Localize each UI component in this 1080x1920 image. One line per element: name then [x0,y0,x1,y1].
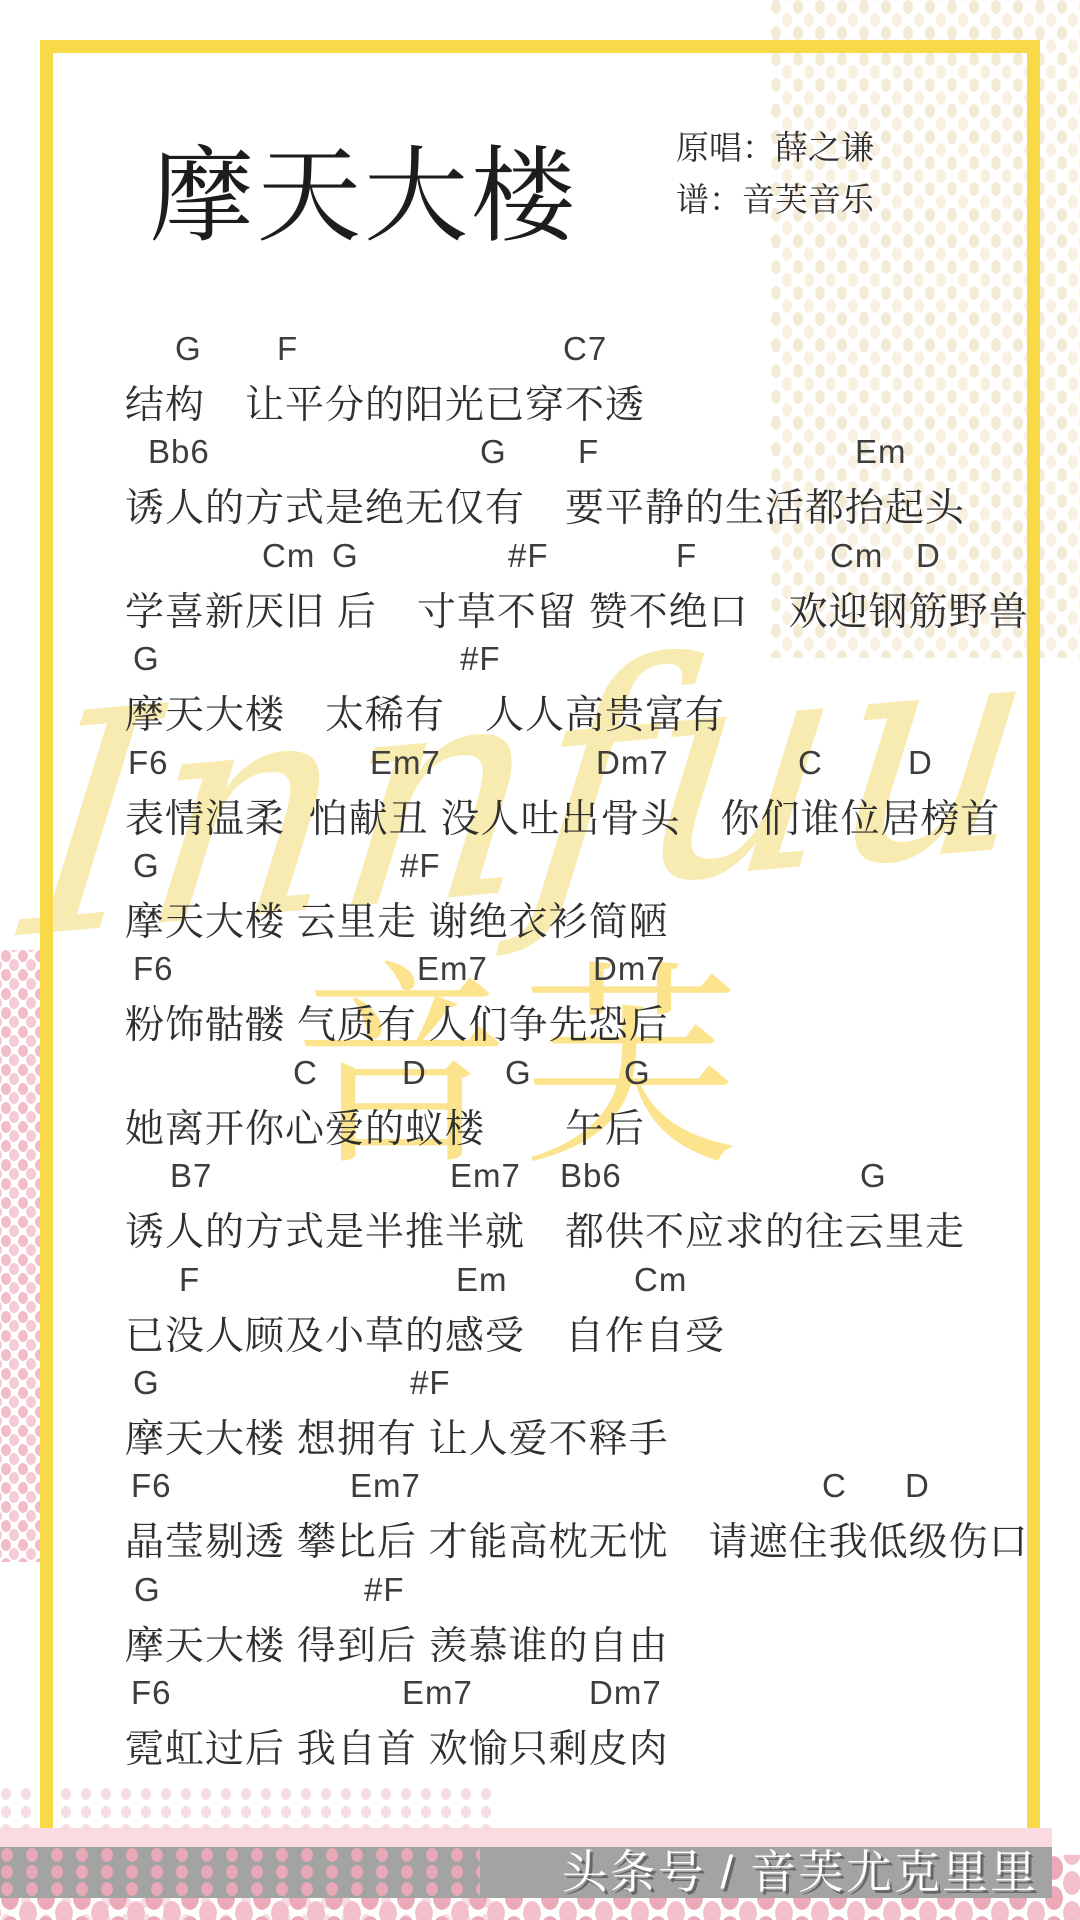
chord-label: G [624,1054,651,1092]
chord-label: Bb6 [560,1157,622,1195]
chord-line: G#F [0,1571,1080,1615]
chord-label: Em [855,433,907,471]
chord-label: #F [410,1364,451,1402]
chord-lyric-block: CDGG她离开你心爱的蚁楼 午后 [0,1054,1080,1154]
chord-label: F6 [131,1467,172,1505]
chord-label: Dm7 [596,744,669,782]
chord-label: F [277,330,298,368]
chord-label: D [908,744,933,782]
chord-lyric-block: F6Em7Dm7粉饰骷髅 气质有 人们争先恐后 [0,950,1080,1050]
chord-label: F [179,1261,200,1299]
chord-label: G [133,1364,160,1402]
chord-line: G#F [0,1364,1080,1408]
chord-label: G [175,330,202,368]
chord-label: Cm [634,1261,687,1299]
chord-line: F6Em7Dm7 [0,1674,1080,1718]
chord-label: Cm [262,537,315,575]
chord-line: G#F [0,847,1080,891]
chord-label: Em7 [450,1157,521,1195]
chord-lyric-block: Bb6GFEm诱人的方式是绝无仅有 要平静的生活都抬起头 [0,433,1080,533]
chord-label: D [916,537,941,575]
chord-lyric-block: F6Em7Dm7霓虹过后 我自首 欢愉只剩皮肉 [0,1674,1080,1774]
chord-label: D [905,1467,930,1505]
chord-lyric-block: G#F摩天大楼 想拥有 让人爱不释手 [0,1364,1080,1464]
chord-line: CmG#FFCmD [0,537,1080,581]
chord-lyric-block: G#F摩天大楼 得到后 羡慕谁的自由 [0,1571,1080,1671]
chord-label: F6 [128,744,169,782]
chord-lyric-block: F6Em7CD晶莹剔透 攀比后 才能高枕无忧 请遮住我低级伤口 [0,1467,1080,1567]
lyric-line: 表情温柔 怕献丑 没人吐出骨头 你们谁位居榜首 [125,788,1065,844]
lyric-line: 摩天大楼 得到后 羡慕谁的自由 [125,1615,1065,1671]
lyric-line: 摩天大楼 想拥有 让人爱不释手 [125,1408,1065,1464]
chord-lyric-block: G#F摩天大楼 太稀有 人人高贵富有 [0,640,1080,740]
lyric-line: 霓虹过后 我自首 欢愉只剩皮肉 [125,1718,1065,1774]
chord-line: F6Em7CD [0,1467,1080,1511]
chord-lyric-block: FEmCm已没人顾及小草的感受 自作自受 [0,1261,1080,1361]
lyric-line: 学喜新厌旧 后 寸草不留 赞不绝口 欢迎钢筋野兽 [125,581,1065,637]
chord-label: Bb6 [148,433,210,471]
chord-line: B7Em7Bb6G [0,1157,1080,1201]
chord-label: #F [508,537,549,575]
chord-label: F6 [131,1674,172,1712]
footer-channel-label: 头条号 / 音芙尤克里里 [562,1845,1038,1899]
chord-label: Em7 [370,744,441,782]
chord-label: C [293,1054,318,1092]
chord-label: Em7 [350,1467,421,1505]
lyric-line: 结构 让平分的阳光已穿不透 [125,374,1065,430]
chord-label: Em7 [417,950,488,988]
chord-lyric-block: G#F摩天大楼 云里走 谢绝衣衫简陋 [0,847,1080,947]
chord-label: #F [400,847,441,885]
chord-lyric-block: F6Em7Dm7CD表情温柔 怕献丑 没人吐出骨头 你们谁位居榜首 [0,744,1080,844]
chord-label: Em7 [402,1674,473,1712]
chord-label: G [505,1054,532,1092]
chord-label: F [578,433,599,471]
chord-label: C7 [563,330,607,368]
chord-label: G [133,640,160,678]
chord-label: #F [460,640,501,678]
lyric-line: 诱人的方式是绝无仅有 要平静的生活都抬起头 [125,477,1065,533]
chord-label: C [798,744,823,782]
chord-label: G [860,1157,887,1195]
chord-label: Dm7 [589,1674,662,1712]
chord-line: CDGG [0,1054,1080,1098]
song-body: GFC7结构 让平分的阳光已穿不透Bb6GFEm诱人的方式是绝无仅有 要平静的生… [0,0,1080,1920]
chord-lyric-block: CmG#FFCmD学喜新厌旧 后 寸草不留 赞不绝口 欢迎钢筋野兽 [0,537,1080,637]
chord-label: G [480,433,507,471]
lyric-line: 摩天大楼 太稀有 人人高贵富有 [125,684,1065,740]
chord-line: Bb6GFEm [0,433,1080,477]
chord-line: GFC7 [0,330,1080,374]
lyric-line: 摩天大楼 云里走 谢绝衣衫简陋 [125,891,1065,947]
chord-label: Cm [830,537,883,575]
chord-line: G#F [0,640,1080,684]
lyric-line: 已没人顾及小草的感受 自作自受 [125,1305,1065,1361]
chord-label: G [134,1571,161,1609]
lyric-line: 晶莹剔透 攀比后 才能高枕无忧 请遮住我低级伤口 [125,1511,1065,1567]
chord-label: G [133,847,160,885]
chord-label: F [676,537,697,575]
chord-sheet-page: Innfuu 音芙 摩天大楼 原唱：薛之谦 谱：音芙音乐 GFC7结构 让平分的… [0,0,1080,1920]
chord-line: FEmCm [0,1261,1080,1305]
dot-pattern-footer-overlay [0,1847,480,1898]
lyric-line: 她离开你心爱的蚁楼 午后 [125,1098,1065,1154]
chord-label: C [822,1467,847,1505]
chord-label: G [332,537,359,575]
chord-label: Em [456,1261,508,1299]
chord-label: B7 [170,1157,212,1195]
lyric-line: 诱人的方式是半推半就 都供不应求的往云里走 [125,1201,1065,1257]
chord-line: F6Em7Dm7CD [0,744,1080,788]
chord-label: F6 [133,950,174,988]
chord-label: #F [364,1571,405,1609]
chord-line: F6Em7Dm7 [0,950,1080,994]
chord-label: Dm7 [593,950,666,988]
chord-lyric-block: B7Em7Bb6G诱人的方式是半推半就 都供不应求的往云里走 [0,1157,1080,1257]
chord-lyric-block: GFC7结构 让平分的阳光已穿不透 [0,330,1080,430]
lyric-line: 粉饰骷髅 气质有 人们争先恐后 [125,994,1065,1050]
chord-label: D [402,1054,427,1092]
